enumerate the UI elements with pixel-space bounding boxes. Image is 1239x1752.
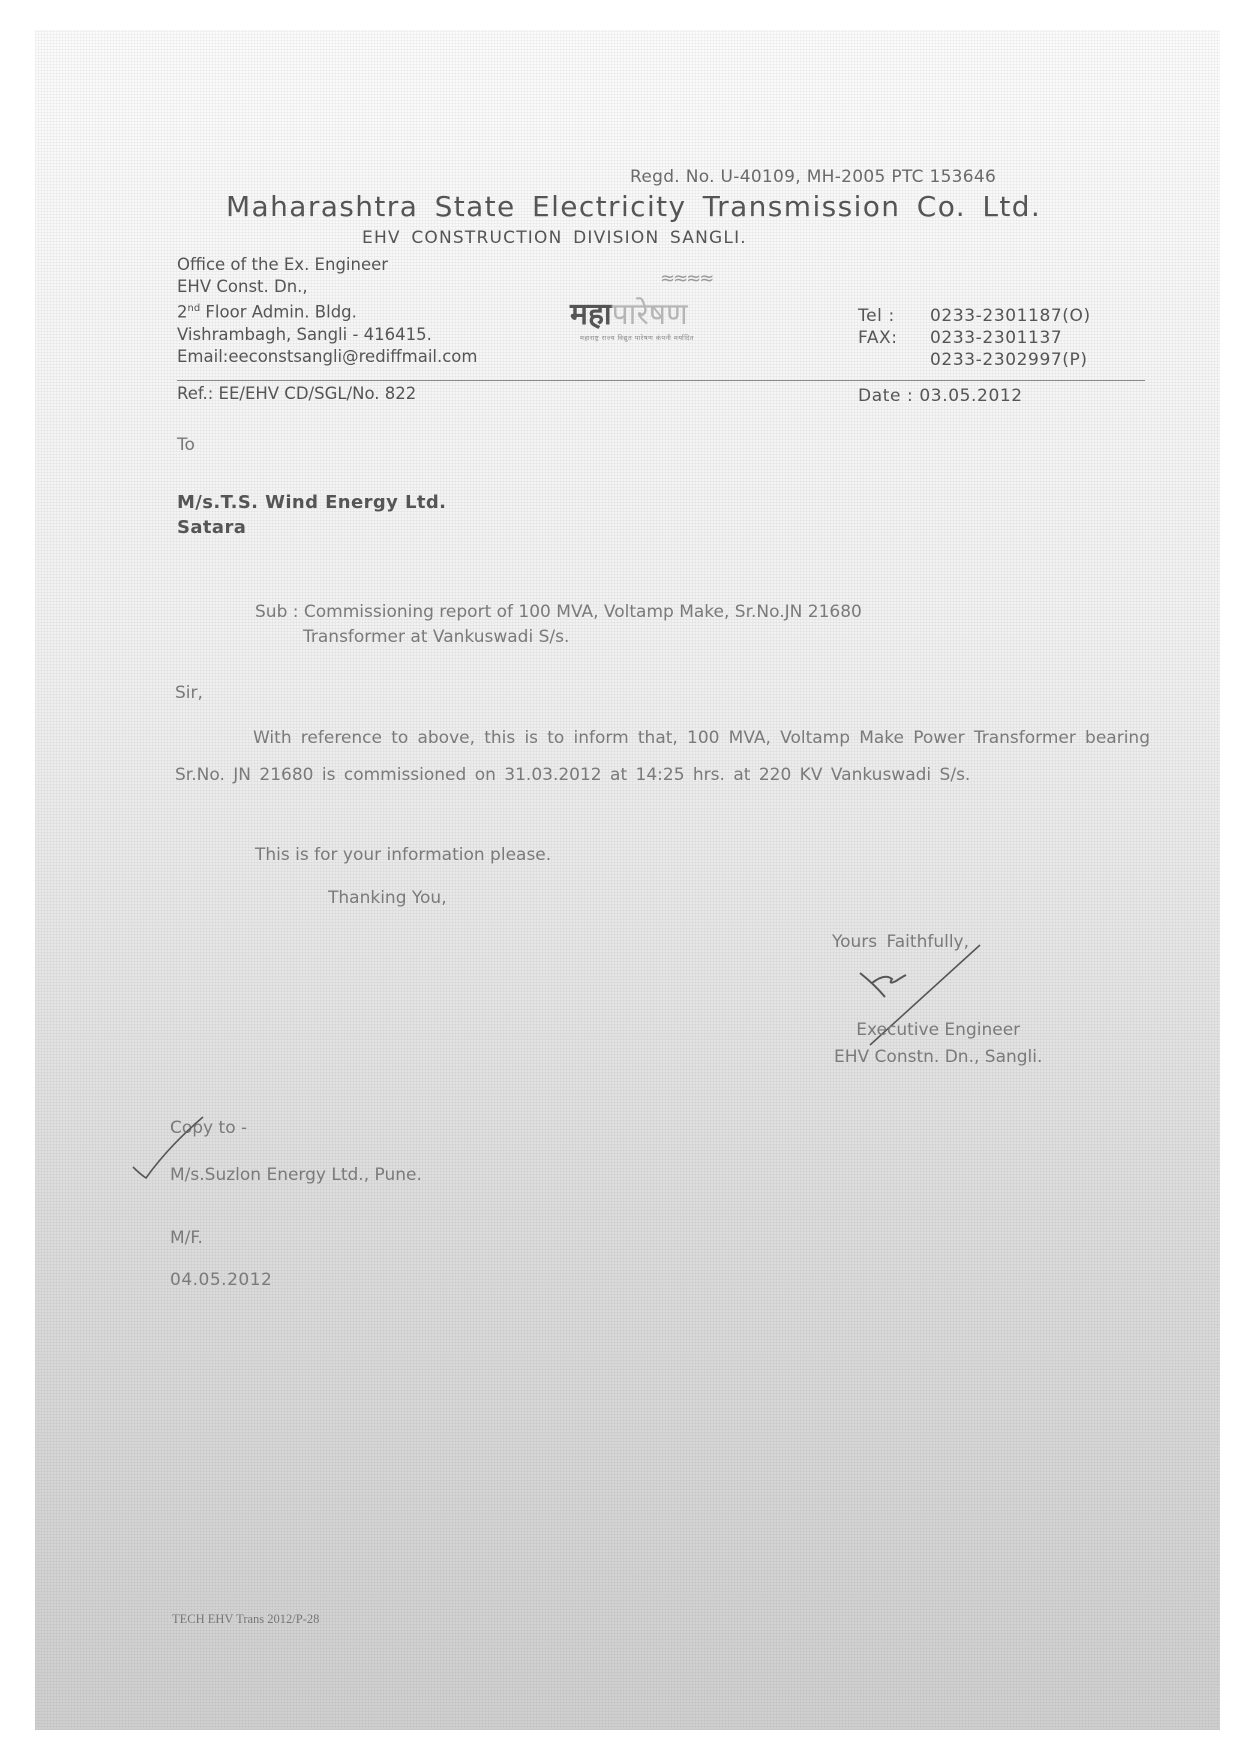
- thanks-line: Thanking You,: [328, 888, 447, 908]
- addressee: M/s.T.S. Wind Energy Ltd. Satara: [177, 490, 446, 540]
- addressee-line: Satara: [177, 515, 446, 540]
- office-line: Office of the Ex. Engineer: [177, 254, 477, 276]
- subject: Sub : Commissioning report of 100 MVA, V…: [255, 600, 862, 650]
- office-address: Office of the Ex. Engineer EHV Const. Dn…: [177, 254, 477, 368]
- header-divider: [177, 380, 1145, 381]
- info-line: This is for your information please.: [255, 845, 551, 865]
- letter-date: Date : 03.05.2012: [858, 386, 1023, 406]
- office-email: Email:eeconstsangli@rediffmail.com: [177, 346, 477, 368]
- fax-row: FAX:0233-2301137: [858, 327, 1091, 349]
- logo-tagline: महाराष्ट्र राज्य विद्युत पारेषण कंपनी मर…: [580, 333, 694, 342]
- reference-number: Ref.: EE/EHV CD/SGL/No. 822: [177, 384, 416, 403]
- office-line: 2nd Floor Admin. Bldg.: [177, 298, 477, 324]
- signatory-designation: Executive Engineer EHV Constn. Dn., Sang…: [834, 1017, 1042, 1071]
- subject-line: Sub : Commissioning report of 100 MVA, V…: [255, 600, 862, 625]
- office-line: Vishrambagh, Sangli - 416415.: [177, 324, 477, 346]
- to-label: To: [177, 435, 195, 455]
- mahapareshan-logo: ≈≈≈≈ महापारेषण महाराष्ट्र राज्य विद्युत …: [570, 268, 805, 358]
- mf-label: M/F.: [170, 1228, 203, 1248]
- copy-recipient: M/s.Suzlon Energy Ltd., Pune.: [170, 1165, 422, 1185]
- logo-text-dark: महा: [570, 297, 612, 332]
- division-name: EHV CONSTRUCTION DIVISION SANGLI.: [362, 228, 747, 248]
- company-name: Maharashtra State Electricity Transmissi…: [226, 190, 1041, 223]
- logo-text-light: पारेषण: [612, 297, 688, 332]
- contact-block: Tel :0233-2301187(O) FAX:0233-2301137 02…: [858, 305, 1091, 371]
- waves-icon: ≈≈≈≈: [660, 268, 712, 289]
- office-line: EHV Const. Dn.,: [177, 276, 477, 298]
- addressee-line: M/s.T.S. Wind Energy Ltd.: [177, 490, 446, 515]
- phone-p-row: 0233-2302997(P): [858, 349, 1091, 371]
- tel-row: Tel :0233-2301187(O): [858, 305, 1091, 327]
- registration-number: Regd. No. U-40109, MH-2005 PTC 153646: [630, 167, 996, 187]
- body-paragraph: With reference to above, this is to info…: [175, 720, 1150, 794]
- salutation: Sir,: [175, 683, 203, 703]
- subject-line: Transformer at Vankuswadi S/s.: [255, 625, 862, 650]
- mf-date: 04.05.2012: [170, 1270, 272, 1290]
- footer-reference-code: TECH EHV Trans 2012/P-28: [172, 1612, 319, 1627]
